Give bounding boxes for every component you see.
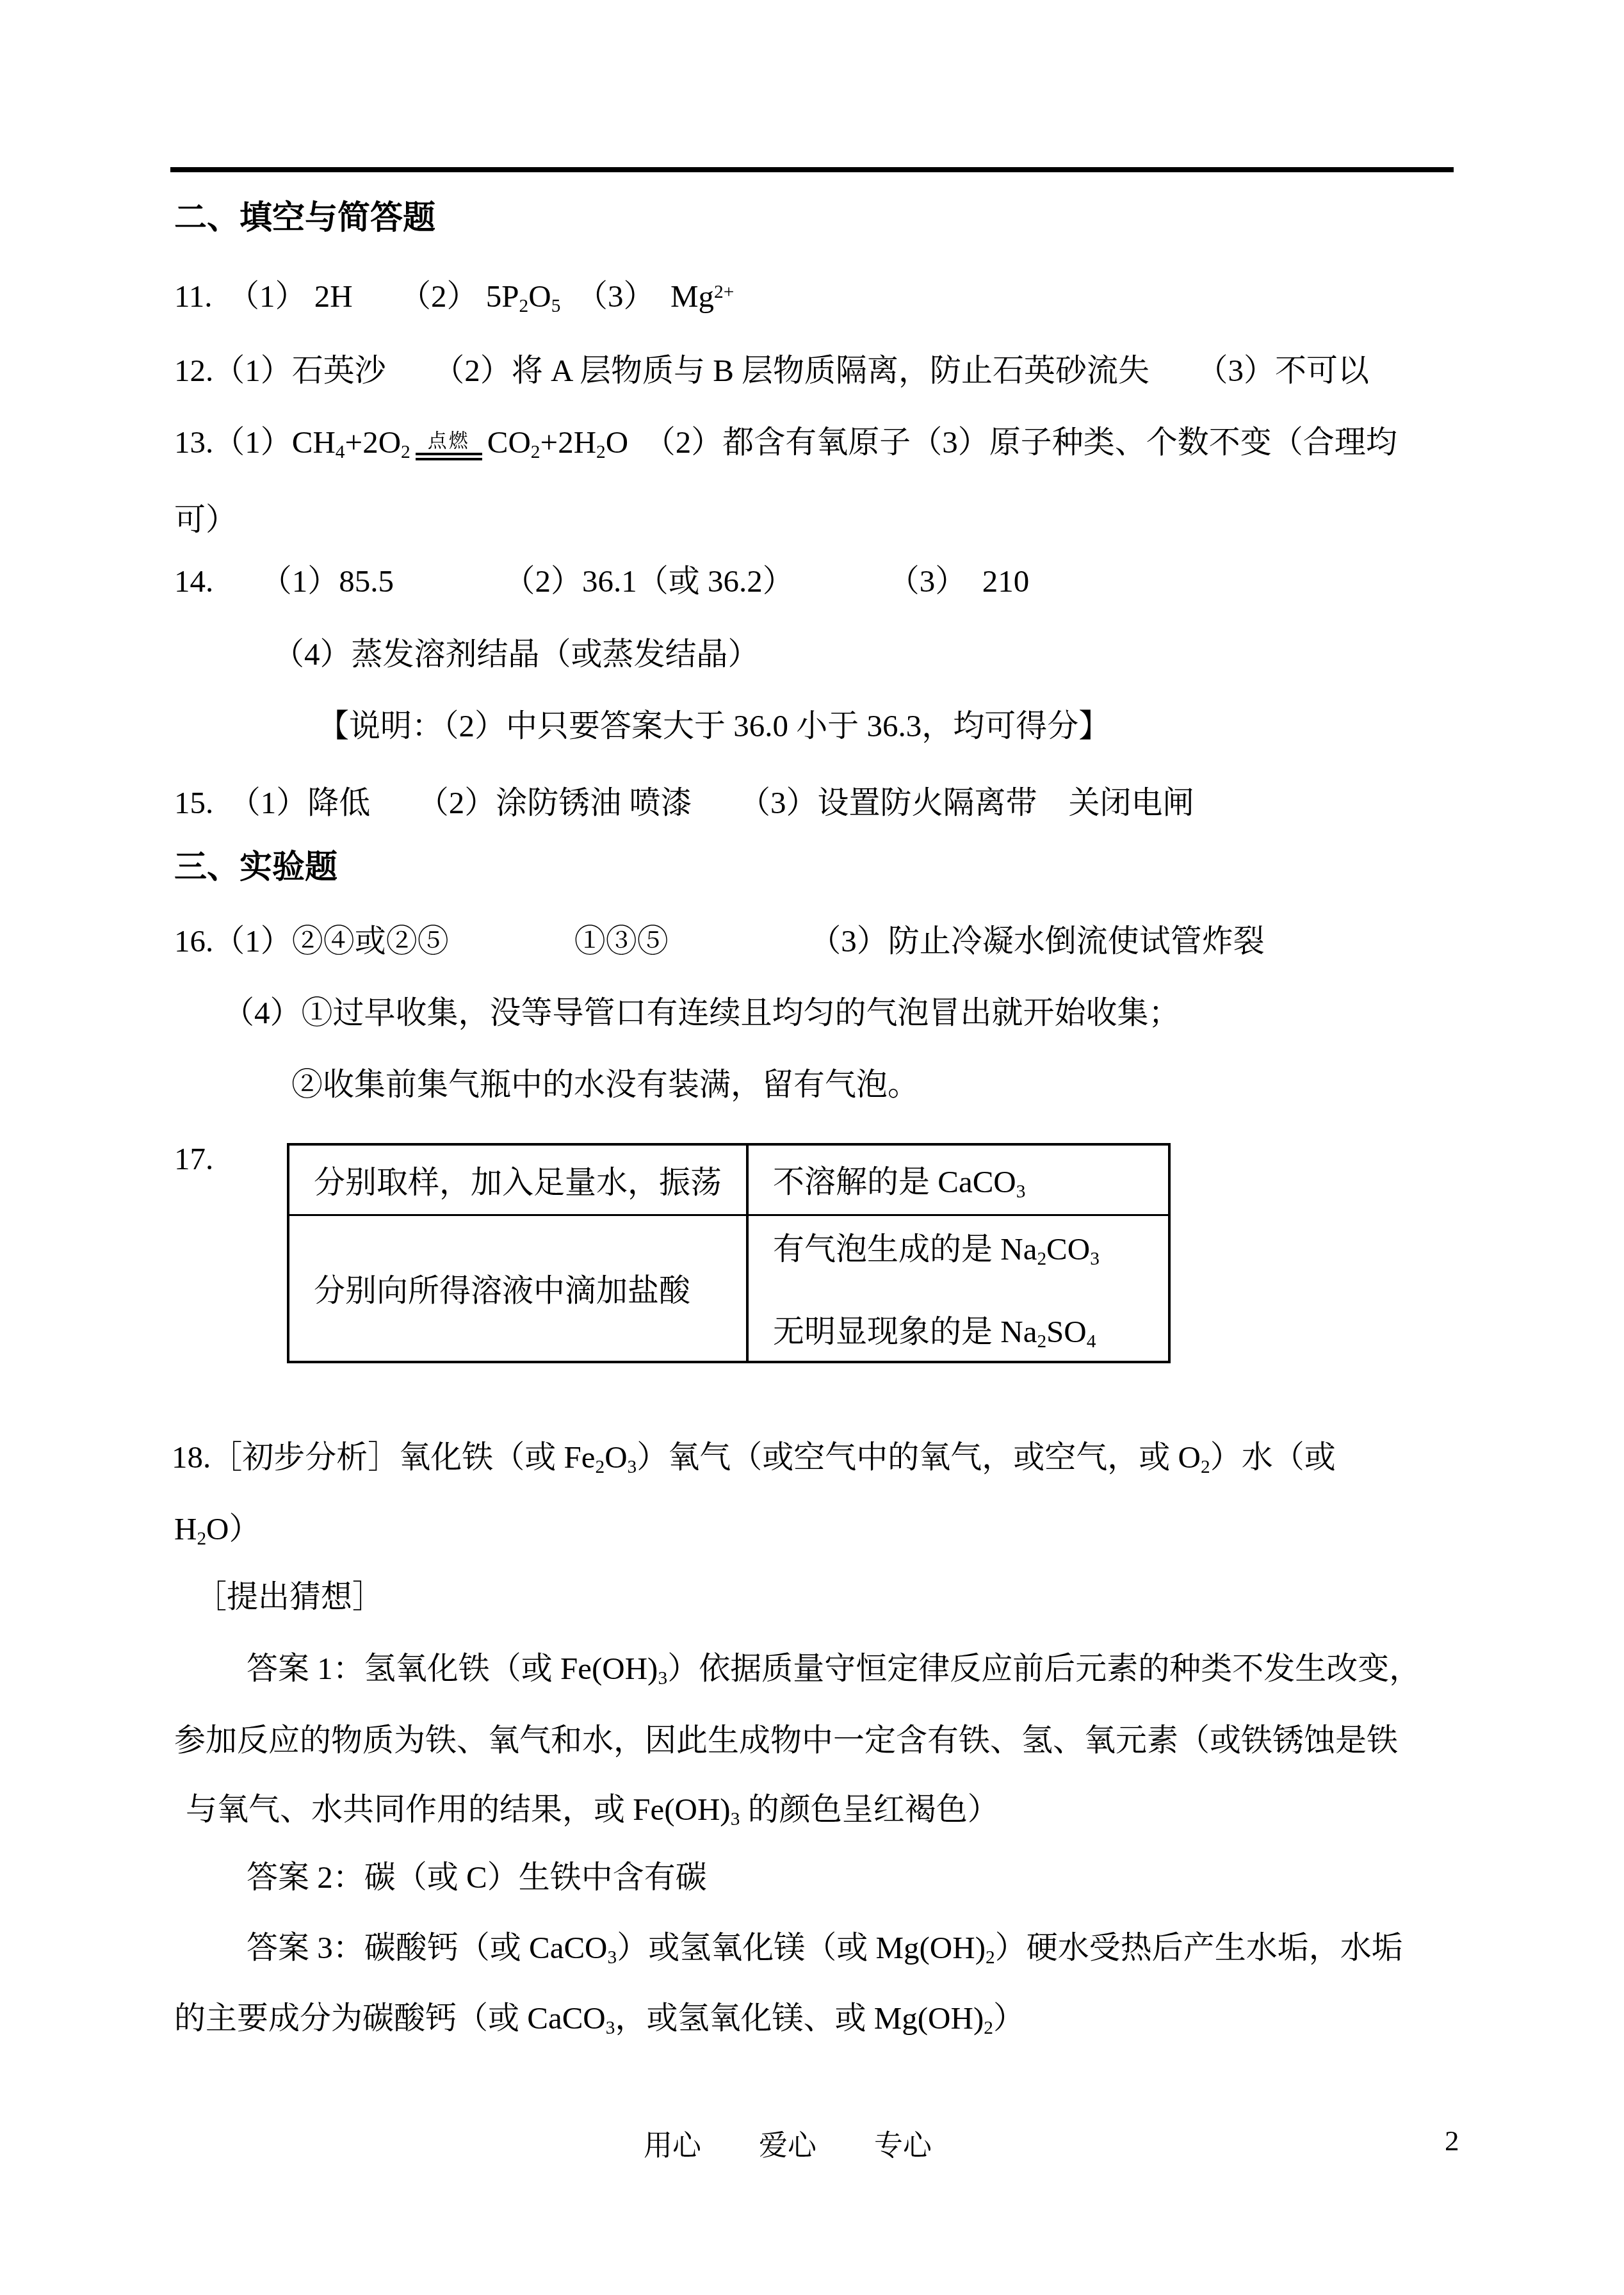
text-segment: O (605, 1439, 627, 1475)
subscript: 3 (608, 1947, 617, 1968)
subscript: 3 (1016, 1181, 1026, 1202)
text-segment: ）依据质量守恒定律反应前后元素的种类不发生改变， (667, 1651, 1420, 1686)
subscript: 2 (984, 2018, 993, 2038)
text-segment: ）或氢氧化镁（或 Mg(OH) (617, 1930, 986, 1965)
text-segment: 11. （1） 2H （2） 5P (174, 279, 519, 314)
text-segment: ）水（或 (1210, 1439, 1336, 1475)
text-segment: 不溶解的是 CaCO (773, 1164, 1016, 1199)
answer-17-table: 分别取样，加入足量水，振荡 不溶解的是 CaCO3 分别向所得溶液中滴加盐酸 有… (287, 1143, 1171, 1363)
document-page: 二、填空与简答题 11. （1） 2H （2） 5P2O5 （3） Mg2+ 1… (0, 0, 1624, 2295)
reaction-condition-over-equals: 点燃 (416, 431, 482, 460)
text-segment: 答案 3：碳酸钙（或 CaCO (247, 1930, 608, 1965)
table-cell-step-1: 分别取样，加入足量水，振荡 (289, 1146, 749, 1216)
text-segment: ）硬水受热后产生水垢，水垢 (995, 1930, 1403, 1965)
answer-18-response-3-line-2: 的主要成分为碳酸钙（或 CaCO3，或氢氧化镁、或 Mg(OH)2） (174, 2000, 1025, 2040)
text-segment: CO (487, 425, 531, 460)
text-segment: +2O (345, 425, 402, 460)
table-result-2-line-2: 无明显现象的是 Na2SO4 (773, 1307, 1162, 1352)
subscript: 2 (596, 1457, 605, 1477)
text-segment: ，或氢氧化镁、或 Mg(OH) (615, 2000, 984, 2036)
answer-16-line: 16.（1）②④或②⑤ ①③⑤ （3）防止冷凝水倒流使试管炸裂 (174, 923, 1265, 959)
text-segment: O (528, 279, 551, 314)
table-cell-result-1: 不溶解的是 CaCO3 (749, 1146, 1168, 1216)
subscript: 4 (1087, 1331, 1096, 1352)
table-result-1-text: 不溶解的是 CaCO3 (773, 1157, 1162, 1203)
subscript: 2 (596, 442, 606, 462)
double-line (416, 453, 482, 460)
subscript: 2 (401, 442, 410, 462)
answer-18-response-1-line-2: 参加反应的物质为铁、氧气和水，因此生成物中一定含有铁、氢、氧元素（或铁锈蚀是铁 (174, 1723, 1398, 1758)
answer-18-guess-heading: ［提出猜想］ (195, 1579, 384, 1615)
text-segment: 13.（1）CH (174, 425, 336, 460)
table-step-2-text: 分别向所得溶液中滴加盐酸 (314, 1266, 740, 1311)
text-segment: ） (993, 2000, 1025, 2036)
answer-14-part4-line: （4）蒸发溶剂结晶（或蒸发结晶） (273, 637, 759, 672)
page-number: 2 (1445, 2125, 1459, 2158)
table-result-2-line-1: 有气泡生成的是 Na2CO3 (773, 1224, 1162, 1270)
answer-18-line-1: 18.［初步分析］氧化铁（或 Fe2O3）氧气（或空气中的氧气，或空气，或 O2… (172, 1439, 1336, 1479)
text-segment: CO (1046, 1231, 1090, 1267)
answer-18-response-1-line-3: 与氧气、水共同作用的结果，或 Fe(OH)3 的颜色呈红褐色） (186, 1792, 999, 1831)
answer-13-line-2: 可） (174, 502, 237, 538)
subscript: 3 (628, 1457, 637, 1477)
subscript: 2 (986, 1947, 995, 1968)
subscript: 2 (531, 442, 540, 462)
answer-17-number: 17. (174, 1141, 213, 1177)
table-cell-result-2: 有气泡生成的是 Na2CO3 无明显现象的是 Na2SO4 (749, 1216, 1168, 1361)
text-segment: 的颜色呈红褐色） (740, 1792, 998, 1827)
text-segment: O （2）都含有氧原子（3）原子种类、个数不变（合理均 (606, 425, 1397, 460)
text-segment: 答案 1：氢氧化铁（或 Fe(OH) (247, 1651, 658, 1686)
text-segment: +2H (540, 425, 597, 460)
subscript: 2 (197, 1529, 206, 1549)
answer-16-part4-line-1: （4）①过早收集，没等导管口有连续且均匀的气泡冒出就开始收集； (223, 995, 1180, 1031)
subscript: 3 (731, 1809, 740, 1829)
answer-12-line: 12.（1）石英沙 （2）将 A 层物质与 B 层物质隔离，防止石英砂流失 （3… (174, 353, 1369, 389)
subscript: 5 (551, 296, 561, 316)
top-divider-rule (170, 167, 1454, 172)
answer-18-response-3-line-1: 答案 3：碳酸钙（或 CaCO3）或氢氧化镁（或 Mg(OH)2）硬水受热后产生… (247, 1930, 1403, 1969)
text-segment: O） (206, 1511, 260, 1546)
answer-11-line: 11. （1） 2H （2） 5P2O5 （3） Mg2+ (174, 279, 734, 318)
subscript: 3 (1090, 1249, 1100, 1269)
footer-motto: 用心 爱心 专心 (644, 2130, 932, 2163)
answer-18-line-2: H2O） (174, 1511, 260, 1550)
subscript: 2 (1037, 1331, 1046, 1352)
answer-14-line: 14. （1）85.5 （2）36.1（或 36.2） （3） 210 (174, 564, 1029, 599)
section-3-heading: 三、实验题 (174, 849, 337, 887)
text-segment: SO (1046, 1314, 1087, 1349)
reaction-condition-text: 点燃 (416, 431, 482, 451)
answer-16-part4-line-2: ②收集前集气瓶中的水没有装满，留有气泡。 (291, 1067, 919, 1103)
section-2-heading: 二、填空与简答题 (174, 200, 435, 238)
text-segment: ）氧气（或空气中的氧气，或空气，或 O (637, 1439, 1201, 1475)
text-segment: 无明显现象的是 Na (773, 1314, 1037, 1349)
table-cell-step-2: 分别向所得溶液中滴加盐酸 (289, 1216, 749, 1361)
text-segment: （3） Mg (560, 279, 714, 314)
text-segment: 18.［初步分析］氧化铁（或 Fe (172, 1439, 596, 1475)
superscript: 2+ (714, 282, 734, 302)
text-segment: 与氧气、水共同作用的结果，或 Fe(OH) (186, 1792, 731, 1827)
text-segment: H (174, 1511, 197, 1546)
answer-15-line: 15. （1）降低 （2）涂防锈油 喷漆 （3）设置防火隔离带 关闭电闸 (174, 785, 1194, 821)
text-segment: 的主要成分为碳酸钙（或 CaCO (174, 2000, 606, 2036)
subscript: 2 (1037, 1249, 1046, 1269)
answer-14-note-line: 【说明：（2）中只要答案大于 36.0 小于 36.3，均可得分】 (318, 708, 1110, 744)
subscript: 3 (606, 2018, 615, 2038)
subscript: 3 (658, 1668, 667, 1689)
table-step-1-text: 分别取样，加入足量水，振荡 (314, 1158, 740, 1203)
subscript: 2 (1201, 1457, 1210, 1477)
subscript: 4 (336, 442, 345, 462)
text-segment: 有气泡生成的是 Na (773, 1231, 1037, 1267)
subscript: 2 (519, 296, 529, 316)
answer-18-response-1-line-1: 答案 1：氢氧化铁（或 Fe(OH)3）依据质量守恒定律反应前后元素的种类不发生… (247, 1651, 1420, 1690)
answer-18-response-2-line: 答案 2：碳（或 C）生铁中含有碳 (247, 1860, 707, 1895)
answer-13-line-1: 13.（1）CH4+2O2点燃CO2+2H2O （2）都含有氧原子（3）原子种类… (174, 425, 1397, 464)
